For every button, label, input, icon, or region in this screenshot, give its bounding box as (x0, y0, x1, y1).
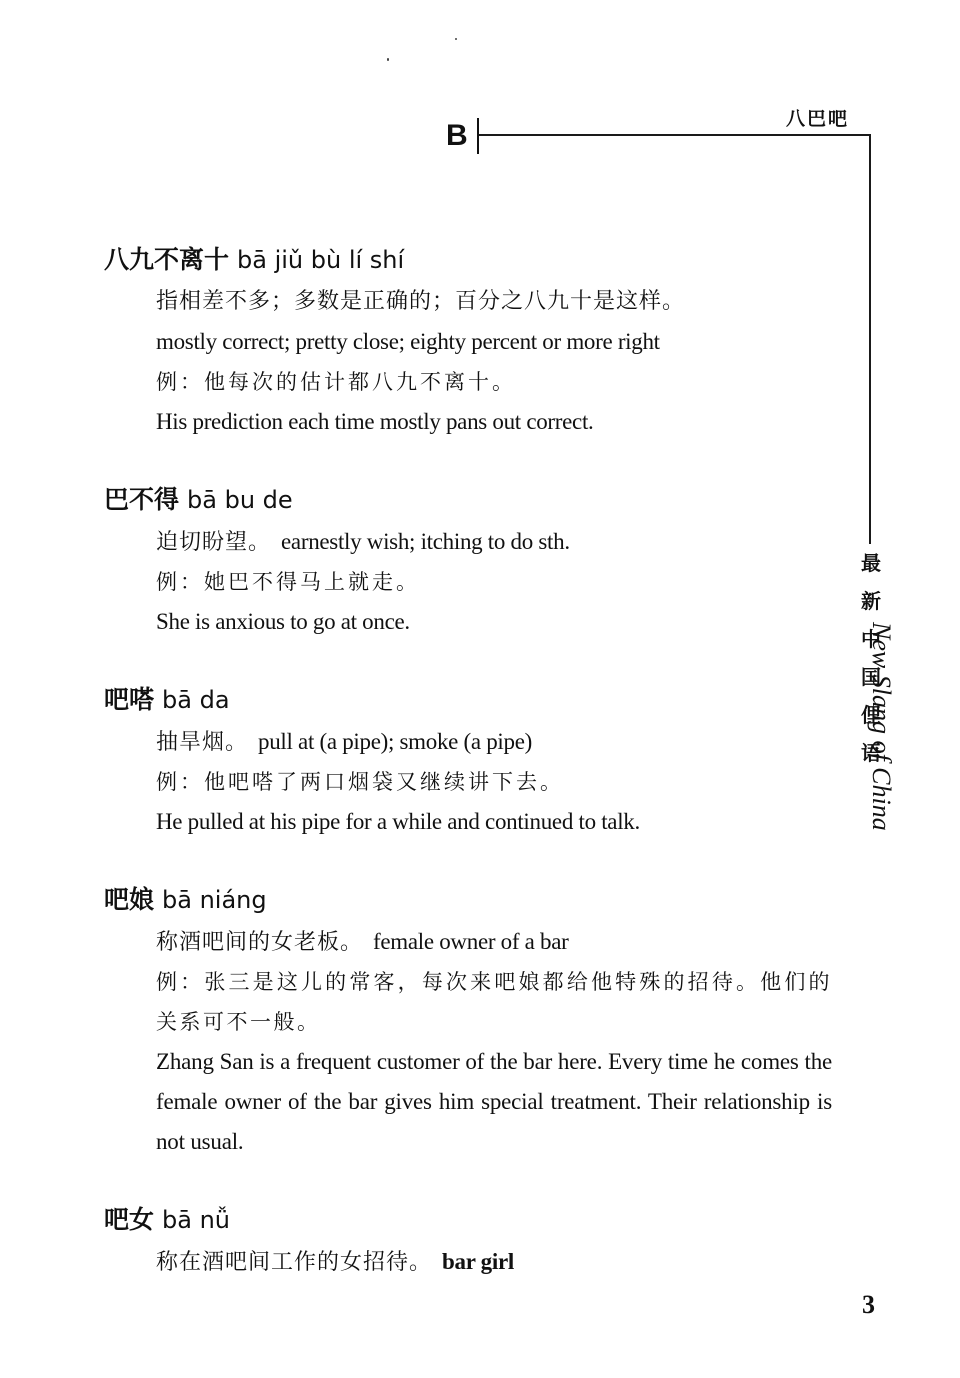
pinyin: bā bu de (187, 486, 293, 514)
definition-line: 称在酒吧间工作的女招待。bar girl (156, 1242, 844, 1282)
headword: 八九不离十 (104, 245, 229, 274)
example-en: He pulled at his pipe for a while and co… (156, 802, 844, 842)
headword: 吧嗒 (104, 685, 154, 714)
side-rule (869, 134, 871, 544)
definition-en: earnestly wish; itching to do sth. (281, 529, 570, 554)
headword: 吧女 (104, 1205, 154, 1234)
pinyin: bā niáng (162, 886, 267, 914)
example-cn: 例：他吧嗒了两口烟袋又继续讲下去。 (156, 762, 844, 802)
definition-cn: 称酒吧间的女老板。 (156, 930, 363, 955)
definition-en: bar girl (442, 1249, 514, 1274)
dictionary-entry: 吧女bā nǚ 称在酒吧间工作的女招待。bar girl (104, 1202, 844, 1282)
definition-cn: 指相差不多；多数是正确的；百分之八九十是这样。 (156, 282, 844, 322)
definition-en: female owner of a bar (373, 929, 568, 954)
definition-line: 迫切盼望。earnestly wish; itching to do sth. (156, 522, 844, 562)
example-en: His prediction each time mostly pans out… (156, 402, 844, 442)
section-letter: B (446, 118, 468, 154)
definition-cn: 迫切盼望。 (156, 530, 271, 555)
definition-cn: 称在酒吧间工作的女招待。 (156, 1250, 432, 1275)
dictionary-entry: 巴不得bā bu de 迫切盼望。earnestly wish; itching… (104, 482, 844, 642)
scan-speck (455, 38, 457, 40)
dictionary-entry: 吧嗒bā da 抽旱烟。pull at (a pipe); smoke (a p… (104, 682, 844, 842)
page-number: 3 (862, 1290, 875, 1320)
entry-heading: 吧嗒bā da (104, 682, 844, 722)
definition-line: 称酒吧间的女老板。female owner of a bar (156, 922, 844, 962)
definition-en: mostly correct; pretty close; eighty per… (156, 322, 844, 362)
entry-heading: 八九不离十bā jiǔ bù lí shí (104, 242, 844, 282)
pinyin: bā jiǔ bù lí shí (237, 246, 404, 274)
definition-cn: 抽旱烟。 (156, 730, 248, 755)
example-cn: 例：她巴不得马上就走。 (156, 562, 844, 602)
pinyin: bā da (162, 686, 230, 714)
headword: 吧娘 (104, 885, 154, 914)
entry-heading: 吧娘bā niáng (104, 882, 844, 922)
entry-heading: 巴不得bā bu de (104, 482, 844, 522)
example-en: She is anxious to go at once. (156, 602, 844, 642)
book-title-char: 最 (861, 550, 881, 576)
example-en: Zhang San is a frequent customer of the … (156, 1042, 832, 1162)
book-title-en: New Slang of China (866, 622, 896, 832)
dictionary-entry: 八九不离十bā jiǔ bù lí shí 指相差不多；多数是正确的；百分之八九… (104, 242, 844, 442)
dictionary-entry: 吧娘bā niáng 称酒吧间的女老板。female owner of a ba… (104, 882, 844, 1162)
scan-speck (387, 58, 389, 61)
book-title-char: 新 (861, 588, 881, 614)
example-cn: 例：他每次的估计都八九不离十。 (156, 362, 844, 402)
dictionary-page: B 八巴吧 最 新 中 国 俚 语 New Slang of China 八九不… (0, 0, 960, 1378)
header-rule (479, 134, 870, 136)
pinyin: bā nǚ (162, 1206, 230, 1234)
definition-line: 抽旱烟。pull at (a pipe); smoke (a pipe) (156, 722, 844, 762)
header-tick-mark (477, 118, 479, 154)
headword: 巴不得 (104, 485, 179, 514)
entry-heading: 吧女bā nǚ (104, 1202, 844, 1242)
example-cn: 例：张三是这儿的常客，每次来吧娘都给他特殊的招待。他们的关系可不一般。 (156, 962, 832, 1042)
header-entry-range: 八巴吧 (786, 106, 849, 132)
definition-en: pull at (a pipe); smoke (a pipe) (258, 729, 532, 754)
